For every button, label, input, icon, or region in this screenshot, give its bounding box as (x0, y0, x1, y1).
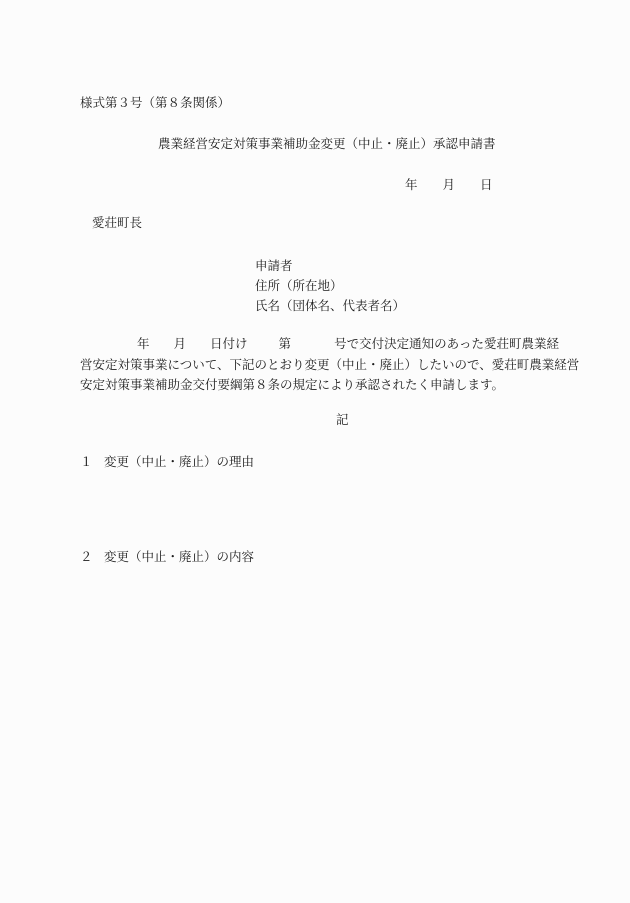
date-line: 年月日 (405, 179, 493, 192)
day-label: 日 (480, 179, 493, 192)
form-number: 様式第３号（第８条関係） (80, 97, 230, 110)
body-line-1: 年月日付け第号で交付決定通知のあった愛荘町農業経 (80, 334, 579, 355)
body-line-2: 営安定対策事業について、下記のとおり変更（中止・廃止）したいので、愛荘町農業経営 (80, 355, 579, 376)
applicant-heading: 申請者 (255, 256, 405, 276)
body-number-prefix: 第 (279, 336, 292, 351)
applicant-name-label: 氏名（団体名、代表者名） (255, 296, 405, 316)
year-label: 年 (405, 179, 418, 192)
item-reason: １変更（中止・廃止）の理由 (80, 456, 254, 469)
item-label: 変更（中止・廃止）の内容 (104, 549, 254, 564)
item-number: １ (80, 456, 104, 469)
item-content: ２変更（中止・廃止）の内容 (80, 551, 254, 564)
addressee: 愛荘町長 (92, 217, 142, 230)
body-day: 日付け (210, 336, 248, 351)
item-number: ２ (80, 551, 104, 564)
body-month: 月 (174, 336, 187, 351)
ki-heading: 記 (336, 414, 349, 427)
body-line-3: 安定対策事業補助金交付要綱第８条の規定により承認されたく申請します。 (80, 375, 579, 396)
document-title: 農業経営安定対策事業補助金変更（中止・廃止）承認申請書 (158, 138, 496, 151)
applicant-block: 申請者 住所（所在地） 氏名（団体名、代表者名） (255, 256, 405, 316)
body-line-1-rest: 号で交付決定通知のあった愛荘町農業経 (334, 336, 559, 351)
item-label: 変更（中止・廃止）の理由 (104, 454, 254, 469)
applicant-address-label: 住所（所在地） (255, 276, 405, 296)
body-paragraph: 年月日付け第号で交付決定通知のあった愛荘町農業経 営安定対策事業について、下記の… (80, 334, 579, 396)
month-label: 月 (443, 179, 456, 192)
body-year: 年 (137, 336, 150, 351)
